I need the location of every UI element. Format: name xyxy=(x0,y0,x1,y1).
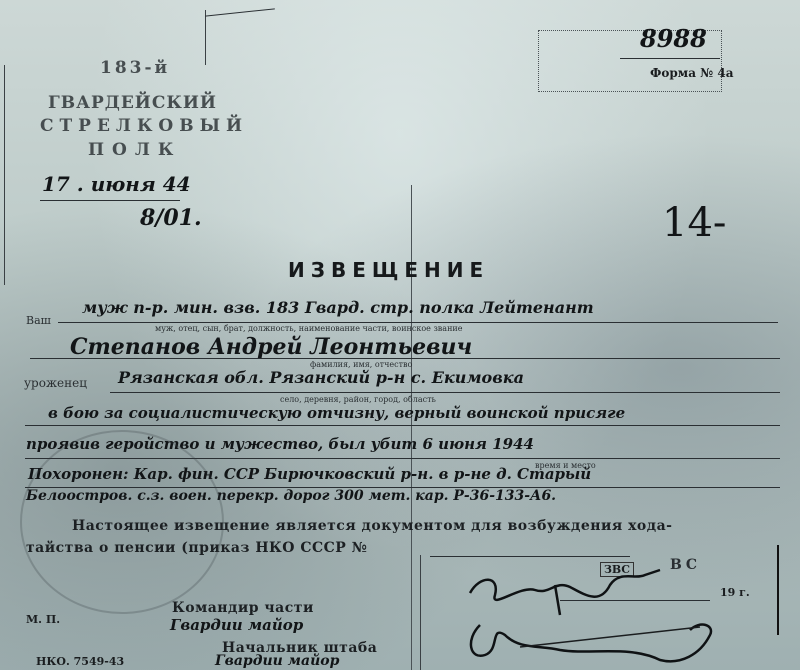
stamp-box-left xyxy=(420,555,421,670)
document-title: ИЗВЕЩЕНИЕ xyxy=(288,258,489,282)
field-prefix-native: уроженец xyxy=(24,376,87,390)
field-line xyxy=(110,392,780,393)
stamp-line-rifle: СТРЕЛКОВЫЙ xyxy=(40,116,248,136)
field-relation-unit-rank: муж п-р. мин. взв. 183 Гвард. стр. полка… xyxy=(82,298,594,317)
commander-rank: Гвардии майор xyxy=(170,616,303,634)
field-prefix-your: Ваш xyxy=(26,314,51,327)
commander-label: Командир части xyxy=(172,600,314,616)
stamp-date-underline xyxy=(40,200,180,201)
signature-icon xyxy=(460,565,730,670)
stamp-number-handwritten: 8/01. xyxy=(140,205,202,231)
form-label: Форма № 4а xyxy=(650,66,734,80)
stamp-date-handwritten: 17 . июня 44 xyxy=(42,172,191,196)
field-birthplace: Рязанская обл. Рязанский р-н с. Екимовка xyxy=(118,368,524,387)
field-line xyxy=(30,358,780,359)
stamp-line-guards: ГВАРДЕЙСКИЙ xyxy=(48,93,217,113)
field-line xyxy=(58,322,778,323)
stamp-box-right xyxy=(777,545,779,635)
field-full-name: Степанов Андрей Леонтьевич xyxy=(70,334,472,360)
order-number-line xyxy=(430,556,630,557)
stamp-line-regiment: ПОЛК xyxy=(88,140,181,160)
mp-label: М. П. xyxy=(26,613,60,626)
field-caption: муж, отец, сын, брат, должность, наимено… xyxy=(155,324,462,333)
field-battle-text: в бою за социалистическую отчизну, верны… xyxy=(48,404,625,422)
seal-impression xyxy=(20,430,224,614)
stamp-unit-number: 183-й xyxy=(100,58,170,78)
chief-of-staff-rank: Гвардии майор xyxy=(215,653,339,669)
fold-line xyxy=(4,65,5,285)
field-caption: село, деревня, район, город, область xyxy=(280,395,436,404)
margin-note: 14- xyxy=(662,200,726,246)
fold-line xyxy=(205,10,206,65)
fold-line xyxy=(205,8,275,16)
field-line xyxy=(25,425,780,426)
file-number-handwritten: 8988 xyxy=(640,24,707,53)
form-code: НКО. 7549-43 xyxy=(36,655,124,668)
scanned-document: 183-й ГВАРДЕЙСКИЙ СТРЕЛКОВЫЙ ПОЛК 17 . и… xyxy=(0,0,800,670)
file-number-underline xyxy=(620,58,720,59)
